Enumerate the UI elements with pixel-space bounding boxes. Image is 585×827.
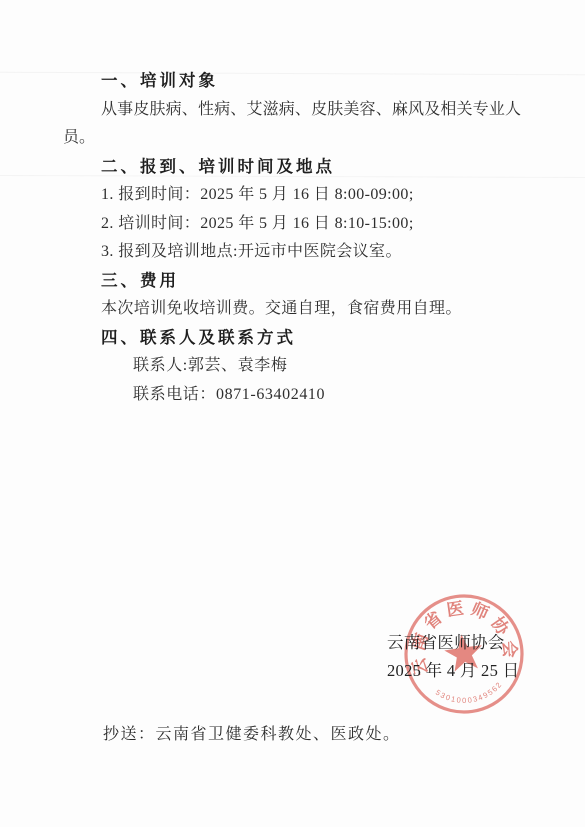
contact-person-line: 联系人:郭芸、袁李梅 (63, 352, 521, 381)
section-heading-fees: 三、费用 (63, 267, 521, 296)
fees-paragraph: 本次培训免收培训费。交通自理，食宿费用自理。 (63, 295, 521, 324)
issue-date: 2025 年 4 月 25 日 (387, 657, 519, 685)
document-body: 一、培训对象 从事皮肤病、性病、艾滋病、皮肤美容、麻风及相关专业人员。 二、报到… (63, 67, 521, 409)
training-time-item: 2. 培训时间：2025 年 5 月 16 日 8:10-15:00; (63, 210, 521, 239)
section-heading-training-targets: 一、培训对象 (63, 67, 521, 96)
registration-time-item: 1. 报到时间：2025 年 5 月 16 日 8:00-09:00; (63, 181, 521, 210)
training-targets-paragraph: 从事皮肤病、性病、艾滋病、皮肤美容、麻风及相关专业人员。 (63, 96, 521, 153)
signature-block: 云南省医师协会 2025 年 4 月 25 日 (387, 629, 519, 685)
cc-line: 抄送：云南省卫健委科教处、医政处。 (103, 721, 401, 744)
contact-phone-line: 联系电话：0871-63402410 (63, 381, 521, 410)
section-heading-time-place: 二、报到、培训时间及地点 (63, 153, 521, 182)
training-location-item: 3. 报到及培训地点:开远市中医院会议室。 (63, 238, 521, 267)
issuing-organization: 云南省医师协会 (387, 629, 519, 657)
section-heading-contacts: 四、联系人及联系方式 (63, 324, 521, 353)
document-page: 一、培训对象 从事皮肤病、性病、艾滋病、皮肤美容、麻风及相关专业人员。 二、报到… (0, 0, 585, 827)
